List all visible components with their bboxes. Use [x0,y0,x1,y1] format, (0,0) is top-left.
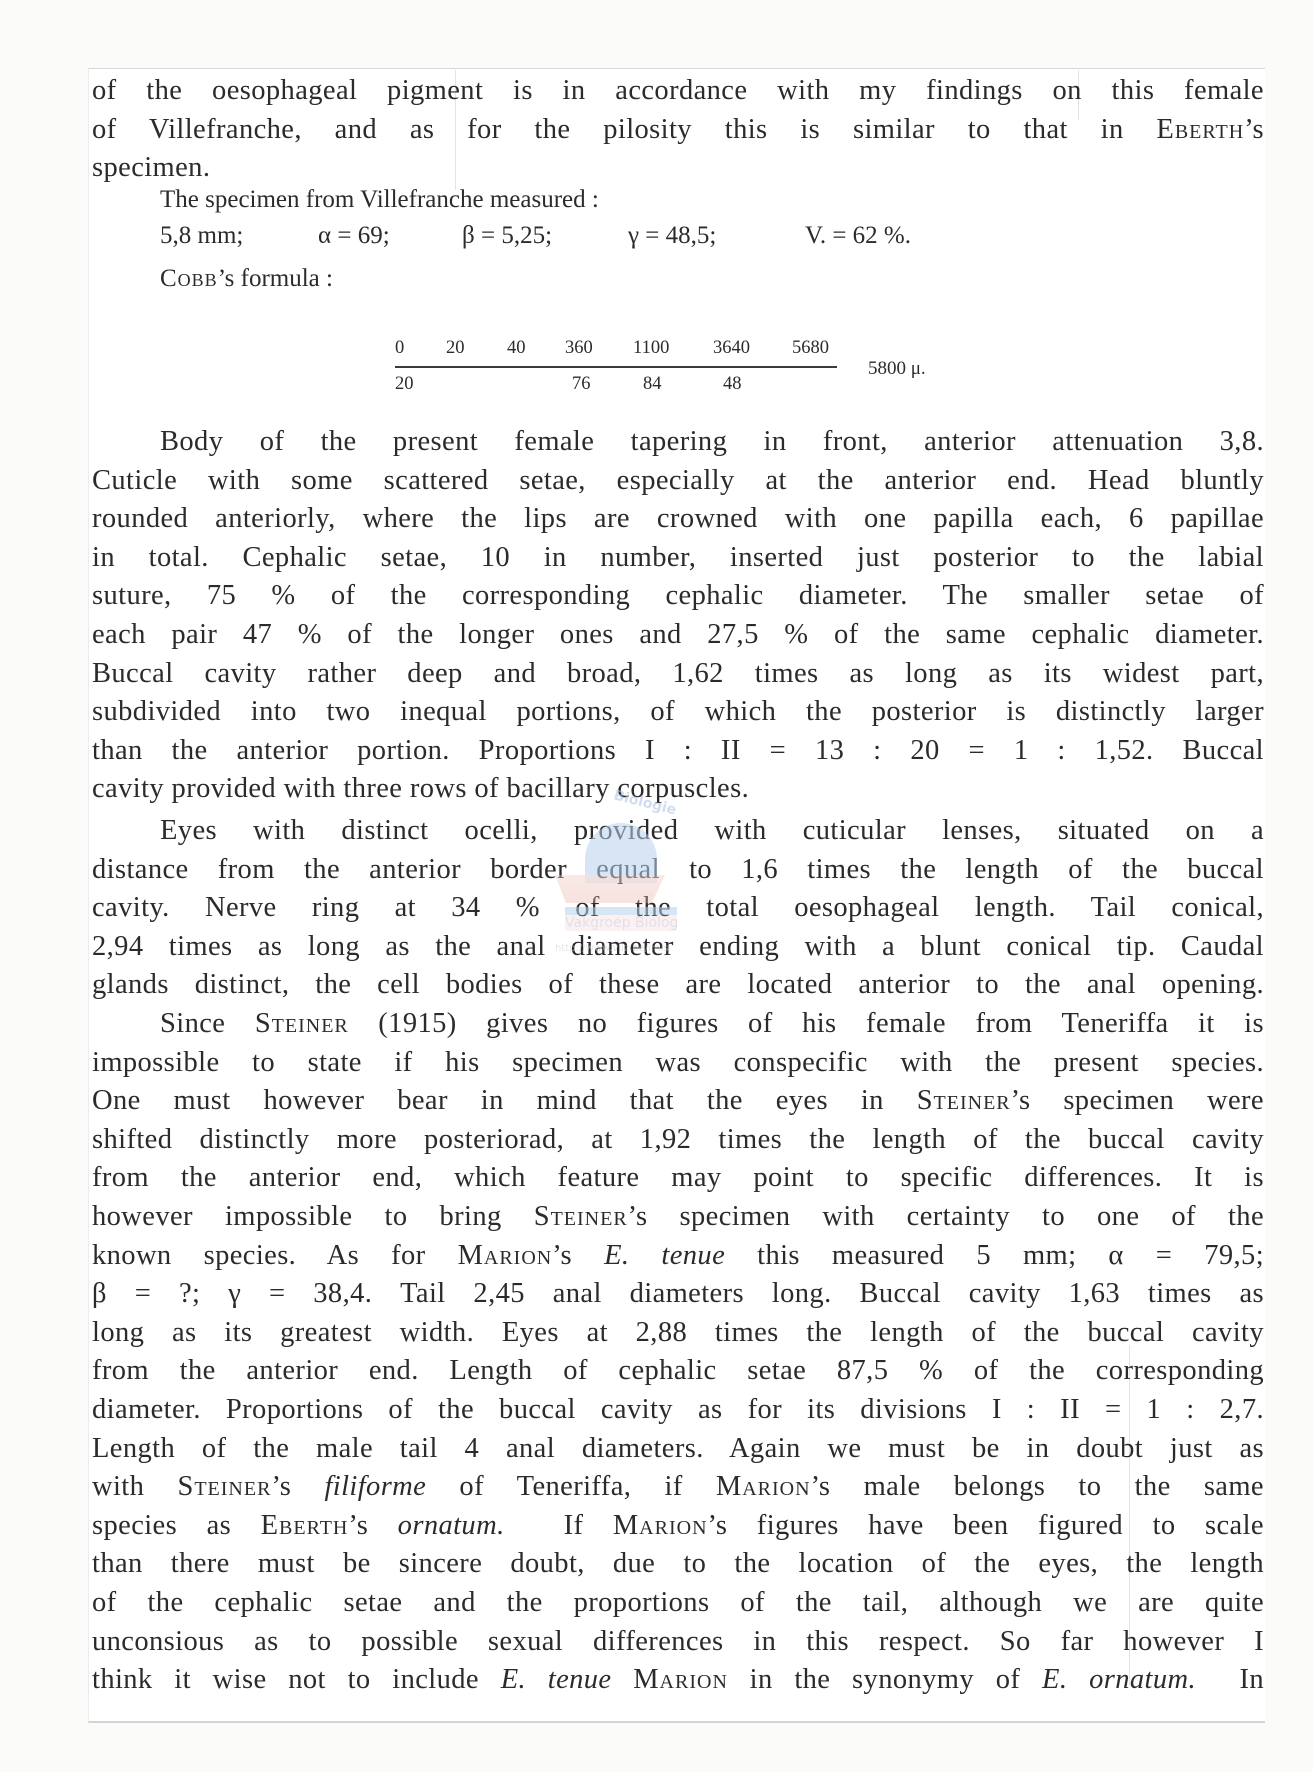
text-line: diameter. Proportions of the buccal cavi… [92,1391,1264,1430]
formula-denominator: 20 [395,374,414,395]
formula-denominator: 76 [572,374,591,395]
text-line: unconsious as to possible sexual differe… [92,1623,1264,1662]
formula-denominator: 84 [643,374,662,395]
text-fragment: species as [92,1510,231,1541]
text-line: of the cephalic setae and the proportion… [92,1584,1264,1623]
measurement-alpha: α = 69; [318,219,390,253]
species-name: E. ornatum. [1042,1664,1196,1695]
measurement-vulva: V. = 62 %. [805,219,911,253]
text-line: specimen. [92,149,1264,188]
text-fragment: think it wise not to include [92,1664,479,1695]
author-name: Steiner [917,1085,1011,1116]
species-name: filiforme [324,1471,426,1502]
text-line: of Villefranche, and as for the pilosity… [92,111,1264,150]
text-line: subdivided into two inequal portions, of… [92,693,1264,732]
text-line: Since Steiner (1915) gives no figures of… [92,1005,1264,1044]
text-line: of the oesophageal pigment is in accorda… [92,72,1264,111]
text-line: shifted distinctly more posteriorad, at … [92,1121,1264,1160]
text-line: impossible to state if his specimen was … [92,1044,1264,1083]
text-line: with Steiner’s filiforme of Teneriffa, i… [92,1468,1264,1507]
body-paragraph: Body of the present female tapering in f… [92,423,1264,809]
text-line: Length of the male tail 4 anal diameters… [92,1430,1264,1469]
text-line: than the anterior portion. Proportions I… [92,732,1264,771]
text-line: than there must be sincere doubt, due to… [92,1545,1264,1584]
text-fragment: ’s [348,1510,368,1541]
text-fragment: of Teneriffa, if [459,1471,682,1502]
text-fragment: In [1239,1664,1264,1695]
text-fragment: ’s male belongs to the same [811,1471,1264,1502]
text-fragment: One must however bear in mind that the e… [92,1085,884,1116]
text-fragment: ’s specimen with certainty to one of the [628,1201,1264,1232]
text-line: from the anterior end. Length of cephali… [92,1352,1264,1391]
text-line: however impossible to bring Steiner’s sp… [92,1198,1264,1237]
measurement-gamma: γ = 48,5; [628,219,716,253]
author-name: Steiner [255,1008,349,1039]
measurement-length: 5,8 mm; [160,219,243,253]
formula-denominator: 48 [723,374,742,395]
eyes-paragraph: Eyes with distinct ocelli, provided with… [92,812,1264,1005]
text-line: 2,94 times as long as the anal diameter … [92,928,1264,967]
text-line: β = ?; γ = 38,4. Tail 2,45 anal diameter… [92,1275,1264,1314]
author-name: Steiner [534,1201,628,1232]
author-name: Eberth [261,1510,349,1541]
text-fragment: however impossible to bring [92,1201,502,1232]
steiner-paragraph: Since Steiner (1915) gives no figures of… [92,1005,1264,1700]
formula-numerator: 5680 [792,338,829,359]
text-line: Eyes with distinct ocelli, provided with… [92,812,1264,851]
cobb-formula-label: Cobb’s formula : [160,262,333,296]
author-name: Cobb [160,265,218,292]
text-line: glands distinct, the cell bodies of thes… [92,966,1264,1005]
formula-numerator: 0 [395,338,404,359]
text-fragment: known species. As for [92,1240,426,1271]
measurement-beta: β = 5,25; [462,219,552,253]
text-fragment: ’s [552,1240,572,1271]
text-fragment: ’s specimen were [1011,1085,1264,1116]
text-line: each pair 47 % of the longer ones and 27… [92,616,1264,655]
formula-numerator: 360 [565,338,593,359]
text-line: think it wise not to include E. tenue Ma… [92,1661,1264,1700]
measurements-heading: The specimen from Villefranche measured … [160,183,599,217]
text-fragment: ’s formula : [218,265,333,292]
text-line: One must however bear in mind that the e… [92,1082,1264,1121]
formula-numerator: 40 [507,338,526,359]
formula-numerator: 3640 [713,338,750,359]
text-fragment: If [564,1510,584,1541]
text-line: long as its greatest width. Eyes at 2,88… [92,1314,1264,1353]
text-fragment: this measured 5 mm; α = 79,5; [757,1240,1264,1271]
text-fragment: ’s [271,1471,291,1502]
author-name: Marion [716,1471,811,1502]
text-line: suture, 75 % of the corresponding cephal… [92,577,1264,616]
text-line: distance from the anterior border equal … [92,851,1264,890]
text-fragment: in the synonymy of [750,1664,1021,1695]
text-line: cavity. Nerve ring at 34 % of the total … [92,889,1264,928]
text-line: Cuticle with some scattered setae, espec… [92,462,1264,501]
text-fragment: of Villefranche, and as for the pilosity… [92,114,1124,145]
text-fragment: Since [160,1008,225,1039]
text-line: Body of the present female tapering in f… [92,423,1264,462]
text-line: cavity provided with three rows of bacil… [92,770,1264,809]
formula-fraction-bar [395,366,837,368]
species-name: E. tenue [604,1240,725,1271]
intro-paragraph: of the oesophageal pigment is in accorda… [92,72,1264,188]
author-name: Steiner [177,1471,271,1502]
author-name: Eberth [1156,114,1244,145]
species-name: ornatum. [398,1510,505,1541]
author-name: Marion [613,1510,708,1541]
text-line: known species. As for Marion’s E. tenue … [92,1237,1264,1276]
text-line: rounded anteriorly, where the lips are c… [92,500,1264,539]
text-fragment: with [92,1471,144,1502]
author-name: Marion [633,1664,728,1695]
text-line: in total. Cephalic setae, 10 in number, … [92,539,1264,578]
species-name: E. tenue [501,1664,612,1695]
text-fragment: ’s figures have been figured to scale [708,1510,1264,1541]
formula-numerator: 20 [446,338,465,359]
text-fragment: (1915) gives no figures of his female fr… [378,1008,1264,1039]
text-line: Buccal cavity rather deep and broad, 1,6… [92,655,1264,694]
text-fragment: ’s [1244,114,1264,145]
author-name: Marion [458,1240,553,1271]
formula-numerator: 1100 [633,338,669,359]
text-line: from the anterior end, which feature may… [92,1159,1264,1198]
formula-total-length: 5800 μ. [868,358,926,380]
text-line: species as Eberth’s ornatum. If Marion’s… [92,1507,1264,1546]
